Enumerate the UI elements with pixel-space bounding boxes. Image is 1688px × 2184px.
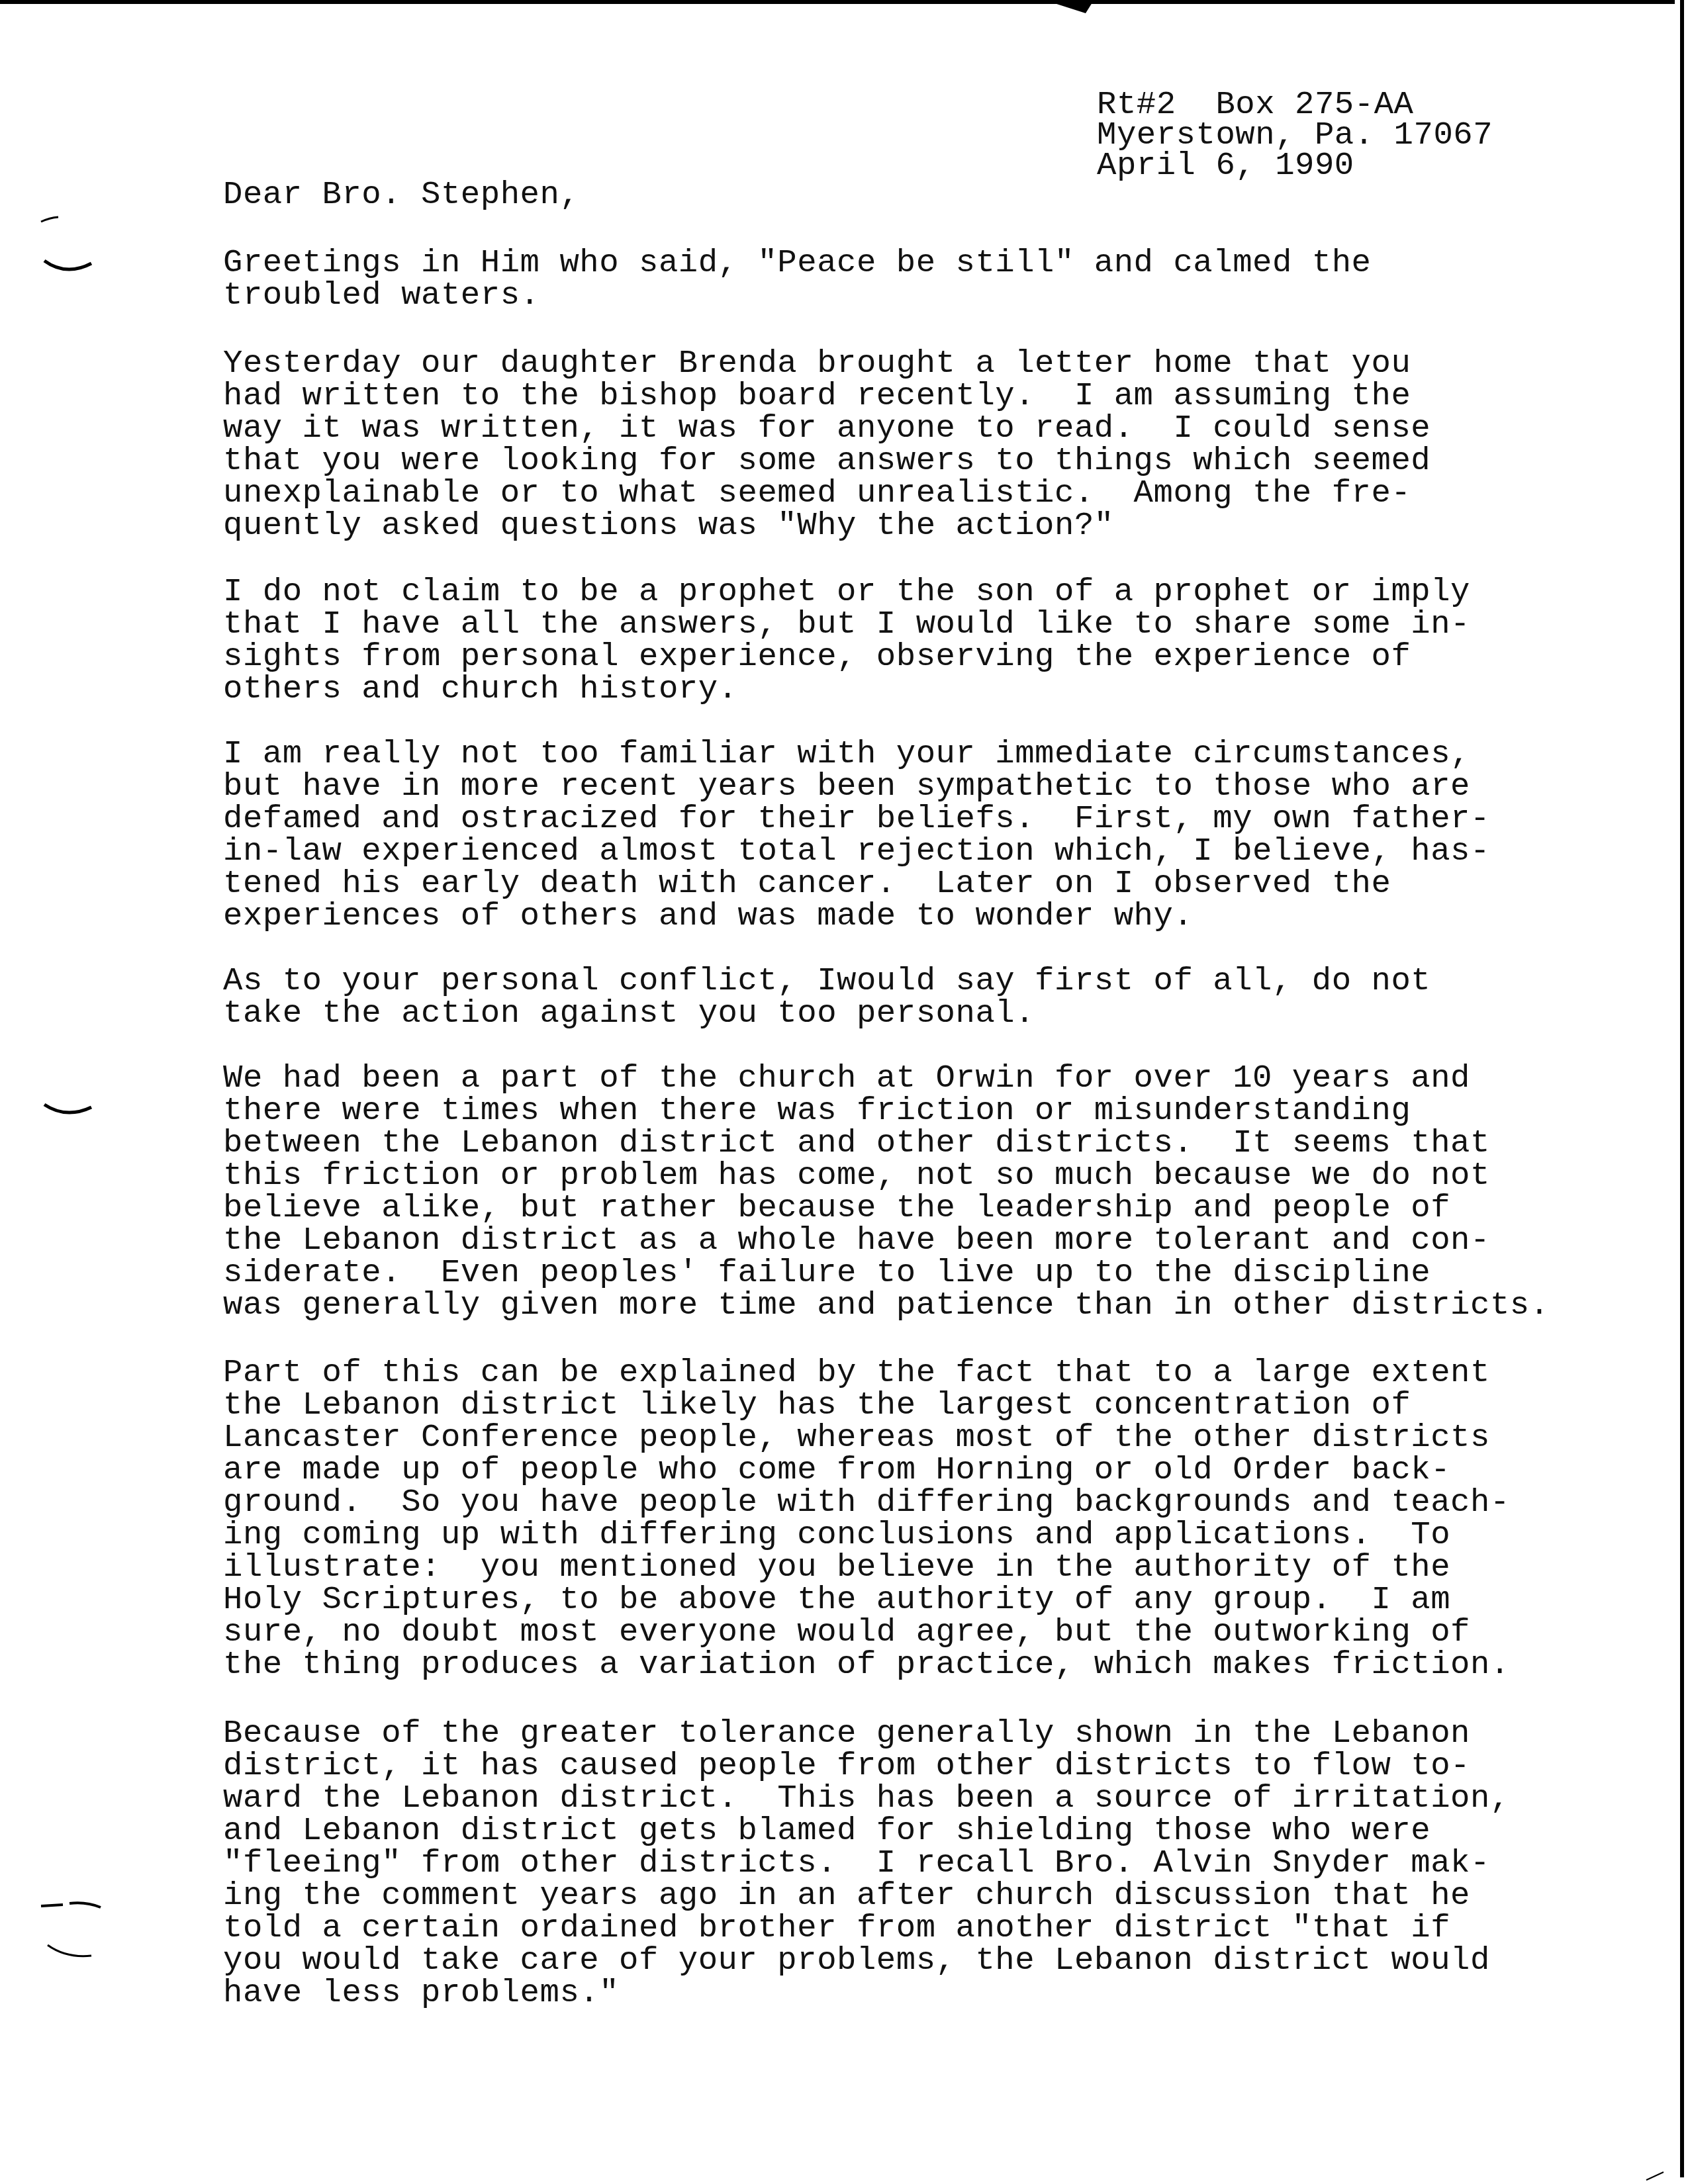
- letter-date: April 6, 1990: [1097, 150, 1493, 181]
- return-address: Rt#2 Box 275-AA Myerstown, Pa. 17067 Apr…: [1097, 89, 1493, 181]
- text-line: Because of the greater tolerance general…: [223, 1717, 1510, 1750]
- paragraph-3: I do not claim to be a prophet or the so…: [223, 576, 1470, 705]
- paragraph-1: Greetings in Him who said, "Peace be sti…: [223, 247, 1371, 312]
- text-line: illustrate: you mentioned you believe in…: [223, 1551, 1510, 1584]
- text-line: but have in more recent years been sympa…: [223, 770, 1490, 803]
- paragraph-7: Part of this can be explained by the fac…: [223, 1357, 1510, 1681]
- text-line: Lancaster Conference people, whereas mos…: [223, 1422, 1510, 1454]
- letter-page: Rt#2 Box 275-AA Myerstown, Pa. 17067 Apr…: [0, 0, 1688, 2184]
- text-line: ing the comment years ago in an after ch…: [223, 1880, 1510, 1912]
- text-line: Greetings in Him who said, "Peace be sti…: [223, 247, 1371, 279]
- salutation: Dear Bro. Stephen,: [223, 179, 579, 211]
- text-line: there were times when there was friction…: [223, 1095, 1550, 1127]
- text-line: way it was written, it was for anyone to…: [223, 412, 1430, 445]
- text-line: tened his early death with cancer. Later…: [223, 868, 1490, 900]
- address-line-1: Rt#2 Box 275-AA: [1097, 89, 1493, 120]
- text-line: experiences of others and was made to wo…: [223, 900, 1490, 933]
- corner-mark-icon: [1645, 2171, 1665, 2181]
- text-line: sights from personal experience, observi…: [223, 641, 1470, 673]
- text-line: between the Lebanon district and other d…: [223, 1127, 1550, 1160]
- scan-border-right: [1680, 0, 1684, 2177]
- text-line: are made up of people who come from Horn…: [223, 1454, 1510, 1486]
- text-line: believe alike, but rather because the le…: [223, 1192, 1550, 1224]
- text-line: had written to the bishop board recently…: [223, 380, 1430, 412]
- text-line: the Lebanon district as a whole have bee…: [223, 1224, 1550, 1257]
- text-line: the thing produces a variation of practi…: [223, 1649, 1510, 1681]
- text-line: have less problems.": [223, 1977, 1510, 2009]
- text-line: unexplainable or to what seemed unrealis…: [223, 477, 1430, 510]
- text-line: ing coming up with differing conclusions…: [223, 1519, 1510, 1551]
- paragraph-6: We had been a part of the church at Orwi…: [223, 1062, 1550, 1322]
- text-line: Holy Scriptures, to be above the authori…: [223, 1584, 1510, 1616]
- paragraph-4: I am really not too familiar with your i…: [223, 738, 1490, 933]
- text-line: defamed and ostracized for their beliefs…: [223, 803, 1490, 835]
- text-line: quently asked questions was "Why the act…: [223, 510, 1430, 542]
- text-line: you would take care of your problems, th…: [223, 1944, 1510, 1977]
- text-line: Yesterday our daughter Brenda brought a …: [223, 347, 1430, 380]
- margin-mark-icon: [43, 258, 93, 278]
- text-line: "fleeing" from other districts. I recall…: [223, 1847, 1510, 1880]
- text-line: others and church history.: [223, 673, 1470, 705]
- address-line-2: Myerstown, Pa. 17067: [1097, 120, 1493, 150]
- text-line: and Lebanon district gets blamed for shi…: [223, 1815, 1510, 1847]
- text-line: district, it has caused people from othe…: [223, 1750, 1510, 1782]
- text-line: troubled waters.: [223, 279, 1371, 312]
- paragraph-2: Yesterday our daughter Brenda brought a …: [223, 347, 1430, 542]
- paragraph-8: Because of the greater tolerance general…: [223, 1717, 1510, 2009]
- scan-border-top: [0, 0, 1675, 4]
- text-line: this friction or problem has come, not s…: [223, 1160, 1550, 1192]
- margin-mark-icon: [40, 215, 60, 223]
- margin-mark-icon: [40, 1899, 103, 1910]
- text-line: As to your personal conflict, Iwould say…: [223, 965, 1430, 997]
- top-tear-mark-icon: [1053, 3, 1092, 15]
- text-line: Part of this can be explained by the fac…: [223, 1357, 1510, 1389]
- text-line: the Lebanon district likely has the larg…: [223, 1389, 1510, 1422]
- text-line: that I have all the answers, but I would…: [223, 608, 1470, 641]
- text-line: that you were looking for some answers t…: [223, 445, 1430, 477]
- text-line: ward the Lebanon district. This has been…: [223, 1782, 1510, 1815]
- text-line: sure, no doubt most everyone would agree…: [223, 1616, 1510, 1649]
- margin-mark-icon: [43, 1102, 93, 1122]
- text-line: We had been a part of the church at Orwi…: [223, 1062, 1550, 1095]
- text-line: siderate. Even peoples' failure to live …: [223, 1257, 1550, 1289]
- text-line: ground. So you have people with differin…: [223, 1486, 1510, 1519]
- text-line: told a certain ordained brother from ano…: [223, 1912, 1510, 1944]
- text-line: in-law experienced almost total rejectio…: [223, 835, 1490, 868]
- text-line: I am really not too familiar with your i…: [223, 738, 1490, 770]
- text-line: I do not claim to be a prophet or the so…: [223, 576, 1470, 608]
- margin-mark-icon: [46, 1942, 93, 1962]
- text-line: was generally given more time and patien…: [223, 1289, 1550, 1322]
- text-line: take the action against you too personal…: [223, 997, 1430, 1030]
- paragraph-5: As to your personal conflict, Iwould say…: [223, 965, 1430, 1030]
